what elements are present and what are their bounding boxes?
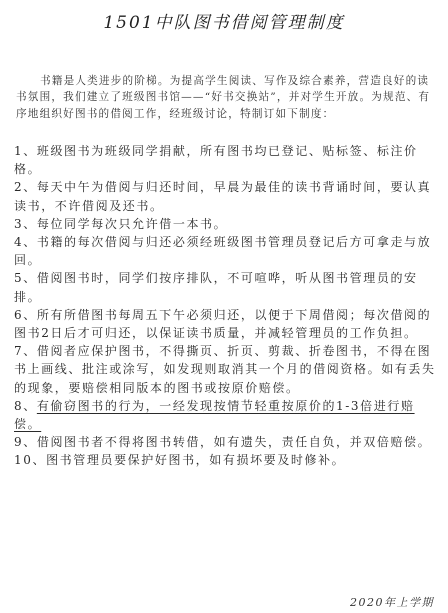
rule-text: 借阅者应保护图书，不得撕页、折页、剪裁、折卷图书，不得在图书上画线、批注或涂写，… (14, 344, 436, 394)
rule-item-9: 9、借阅图书者不得将图书转借，如有遗失，责任自负，并双倍赔偿。 (14, 433, 436, 451)
rule-number: 5、 (14, 271, 37, 285)
rule-item-4: 4、书籍的每次借阅与归还必须经班级图书管理员登记后方可拿走与放回。 (14, 233, 436, 269)
rule-text: 所有所借图书每周五下午必须归还，以便于下周借阅；每次借阅的图书2日后才可归还，以… (14, 308, 431, 340)
rule-item-8: 8、有偷窃图书的行为，一经发现按情节轻重按原价的1-3倍进行赔偿。 (14, 397, 436, 433)
rule-number: 8、 (14, 399, 37, 413)
rule-number: 10、 (14, 453, 46, 467)
rule-number: 9、 (14, 435, 37, 449)
rule-number: 3、 (14, 217, 37, 231)
rule-item-10: 10、图书管理员要保护好图书，如有损坏要及时修补。 (14, 451, 436, 469)
rule-number: 4、 (14, 235, 37, 249)
intro-paragraph: 书籍是人类进步的阶梯。为提高学生阅读、写作及综合素养，营造良好的读书氛围，我们建… (16, 73, 434, 123)
semester-footer: 2020年上学期 (350, 594, 434, 610)
rule-item-5: 5、借阅图书时，同学们按序排队，不可喧哗，听从图书管理员的安排。 (14, 269, 436, 305)
rule-number: 7、 (14, 344, 37, 358)
rule-item-3: 3、每位同学每次只允许借一本书。 (14, 215, 436, 233)
rule-text: 借阅图书时，同学们按序排队，不可喧哗，听从图书管理员的安排。 (14, 271, 418, 303)
rule-text: 每天中午为借阅与归还时间，早晨为最佳的读书背诵时间，要认真读书，不许借阅及还书。 (14, 180, 431, 212)
rule-text: 每位同学每次只允许借一本书。 (37, 217, 227, 231)
rules-list: 1、班级图书为班级同学捐献，所有图书均已登记、贴标签、标注价格。 2、每天中午为… (14, 142, 436, 470)
rule-text: 借阅图书者不得将图书转借，如有遗失，责任自负，并双倍赔偿。 (37, 435, 431, 449)
rule-text: 有偷窃图书的行为，一经发现按情节轻重按原价的1-3倍进行赔偿。 (14, 399, 415, 431)
rule-item-6: 6、所有所借图书每周五下午必须归还，以便于下周借阅；每次借阅的图书2日后才可归还… (14, 306, 436, 342)
rule-text: 图书管理员要保护好图书，如有损坏要及时修补。 (46, 453, 345, 467)
rule-text: 书籍的每次借阅与归还必须经班级图书管理员登记后方可拿走与放回。 (14, 235, 431, 267)
rule-item-1: 1、班级图书为班级同学捐献，所有图书均已登记、贴标签、标注价格。 (14, 142, 436, 178)
rule-text: 班级图书为班级同学捐献，所有图书均已登记、贴标签、标注价格。 (14, 144, 418, 176)
rule-item-2: 2、每天中午为借阅与归还时间，早晨为最佳的读书背诵时间，要认真读书，不许借阅及还… (14, 178, 436, 214)
rule-item-7: 7、借阅者应保护图书，不得撕页、折页、剪裁、折卷图书，不得在图书上画线、批注或涂… (14, 342, 436, 397)
rule-number: 6、 (14, 308, 37, 322)
page-title: 1501中队图书借阅管理制度 (0, 8, 448, 33)
rule-number: 2、 (14, 180, 37, 194)
rule-number: 1、 (14, 144, 37, 158)
